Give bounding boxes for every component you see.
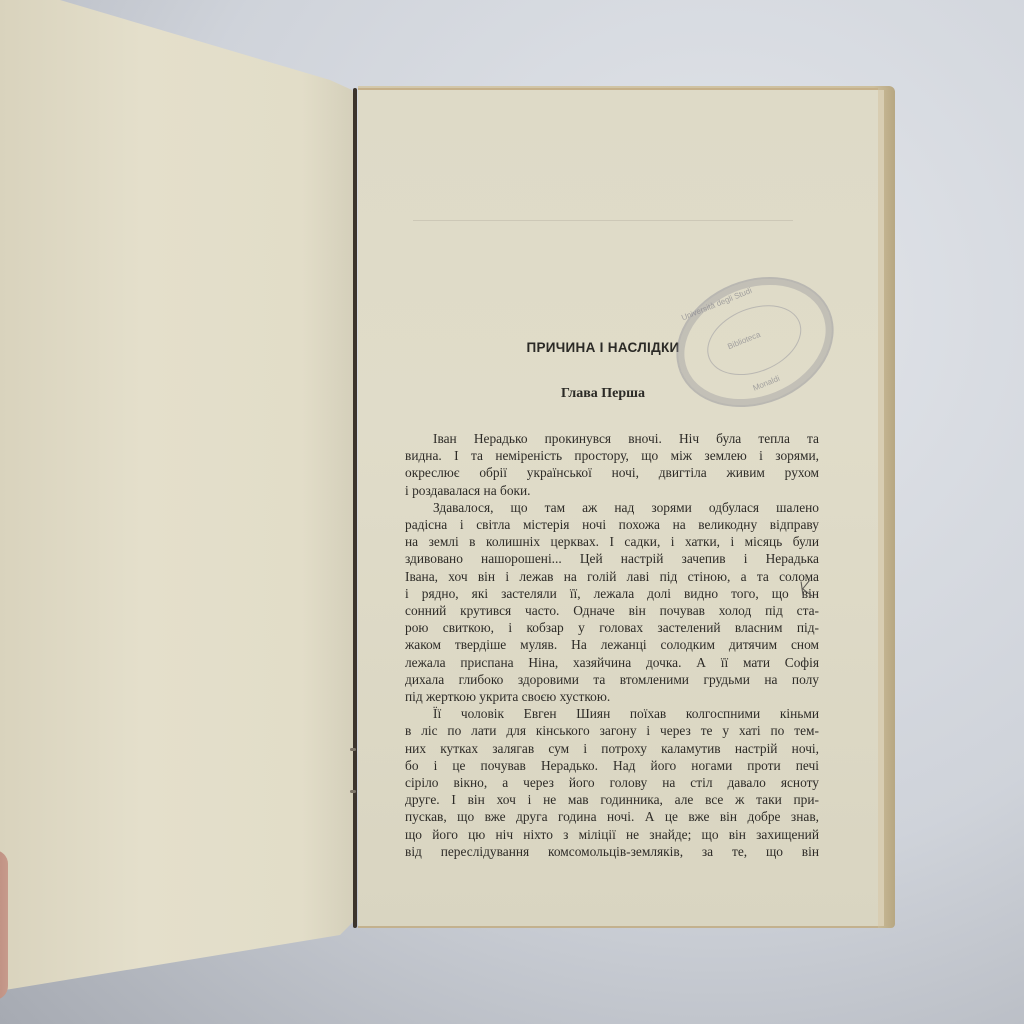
text-line: Івана, хоч він і лежав на голій лаві під… — [405, 568, 819, 585]
text-line: дихала глибоко здоровими та втомленими г… — [405, 671, 819, 688]
text-line: під жерткою укрита своєю хусткою. — [405, 688, 819, 705]
text-line: і роздавалася на боки. — [405, 482, 819, 499]
text-line: сіріло вікно, а через його голову на сті… — [405, 774, 819, 791]
text-line: на землі в колишніх церквах. І садки, і … — [405, 533, 819, 550]
text-line: здивовано нашорошені... Цей настрій заче… — [405, 550, 819, 567]
text-line: пускав, що вже друга година ночі. А це в… — [405, 808, 819, 825]
text-line: окреслює обрії української ночі, двигтіл… — [405, 464, 819, 481]
binding-stitch — [350, 790, 356, 793]
text-line: радісна і світла містерія ночі похожа на… — [405, 516, 819, 533]
text-line: Здавалося, що там аж над зорями одбулася… — [405, 499, 819, 516]
text-line: них кутках залягав сум і потроху каламут… — [405, 740, 819, 757]
text-line: друге. І він хоч і не мав годинника, але… — [405, 791, 819, 808]
finger-holding-page — [0, 850, 8, 1000]
text-line: від переслідування комсомольців-земляків… — [405, 843, 819, 860]
text-line: жаком твердіше муляв. На лежанці солодки… — [405, 636, 819, 653]
text-line: рою свиткою, і кобзар у головах застелен… — [405, 619, 819, 636]
paragraph-3: Її чоловік Евген Шиян поїхав колгоспними… — [405, 705, 819, 860]
text-line: бо і це почував Нерадько. Над його ногам… — [405, 757, 819, 774]
right-page: ПРИЧИНА І НАСЛІДКИ Глава Перша Universit… — [358, 88, 878, 928]
library-stamp: Università degli Studi Biblioteca Monald… — [657, 254, 854, 430]
book-spine — [353, 88, 357, 928]
text-line: видна. І та неміреність простору, що між… — [405, 447, 819, 464]
stamp-bottom-text: Monaldi — [752, 374, 781, 393]
left-page-blank — [0, 0, 355, 990]
paragraph-2: Здавалося, що там аж над зорями одбулася… — [405, 499, 819, 705]
text-line: в ліс по лати для кінського загону і чер… — [405, 722, 819, 739]
binding-stitch — [350, 748, 356, 751]
text-line: що його цю ніч ніхто з міліції не знайде… — [405, 826, 819, 843]
text-line: лежала приспана Ніна, хазяйчина дочка. А… — [405, 654, 819, 671]
text-line: Іван Нерадько прокинувся вночі. Ніч була… — [405, 430, 819, 447]
paragraph-1: Іван Нерадько прокинувся вночі. Ніч була… — [405, 430, 819, 499]
text-line: Її чоловік Евген Шиян поїхав колгоспними… — [405, 705, 819, 722]
chapter-body-text: Іван Нерадько прокинувся вночі. Ніч була… — [405, 430, 819, 860]
text-line: сонний крутився часто. Одначе він почува… — [405, 602, 819, 619]
faint-bleedthrough-line — [413, 220, 793, 221]
text-line: і рядно, які застеляли її, лежала долі в… — [405, 585, 819, 602]
